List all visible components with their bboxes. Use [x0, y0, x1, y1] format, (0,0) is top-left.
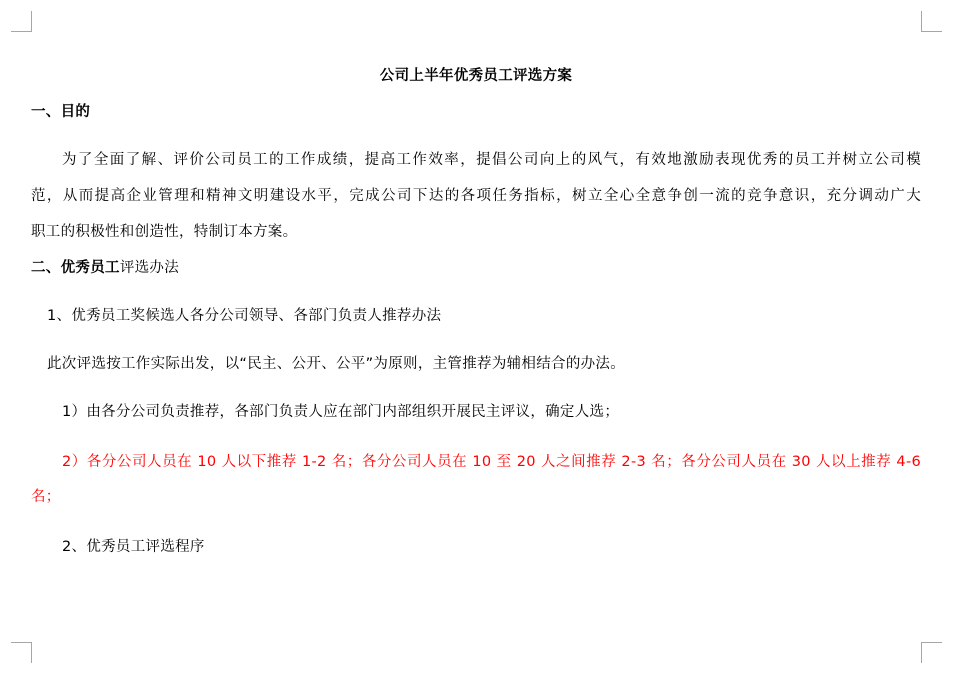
sub-item-1: 1）由各分公司负责推荐，各部门负责人应在部门内部组织开展民主评议，确定人选；	[62, 402, 619, 422]
sub-item-2-line: 名；	[31, 487, 61, 507]
list-item-procedure: 2、优秀员工评选程序	[62, 537, 205, 557]
heading-bold-part: 二、优秀员工	[31, 260, 120, 276]
corner-mark-top-right	[921, 11, 942, 32]
principle-text: 此次评选按工作实际出发，以“民主、公开、公平”为原则，主管推荐为辅相结合的办法。	[47, 354, 625, 374]
corner-mark-bottom-left	[11, 642, 32, 663]
section-heading-method: 二、优秀员工评选办法	[31, 258, 179, 278]
paragraph-line: 职工的积极性和创造性，特制订本方案。	[31, 222, 297, 242]
heading-normal-part: 评选办法	[120, 260, 179, 276]
list-item-recommendation: 1、优秀员工奖候选人各分公司领导、各部门负责人推荐办法	[47, 306, 441, 326]
corner-mark-top-left	[11, 11, 32, 32]
paragraph-line: 为了全面了解、评价公司员工的工作成绩，提高工作效率，提倡公司向上的风气，有效地激…	[31, 150, 921, 170]
document-title: 公司上半年优秀员工评选方案	[31, 66, 921, 86]
paragraph-line: 范，从而提高企业管理和精神文明建设水平，完成公司下达的各项任务指标，树立全心全意…	[31, 186, 921, 206]
sub-item-2-line: 2）各分公司人员在 10 人以下推荐 1-2 名；各分公司人员在 10 至 20…	[31, 452, 921, 472]
corner-mark-bottom-right	[921, 642, 942, 663]
section-heading-purpose: 一、目的	[31, 102, 90, 122]
